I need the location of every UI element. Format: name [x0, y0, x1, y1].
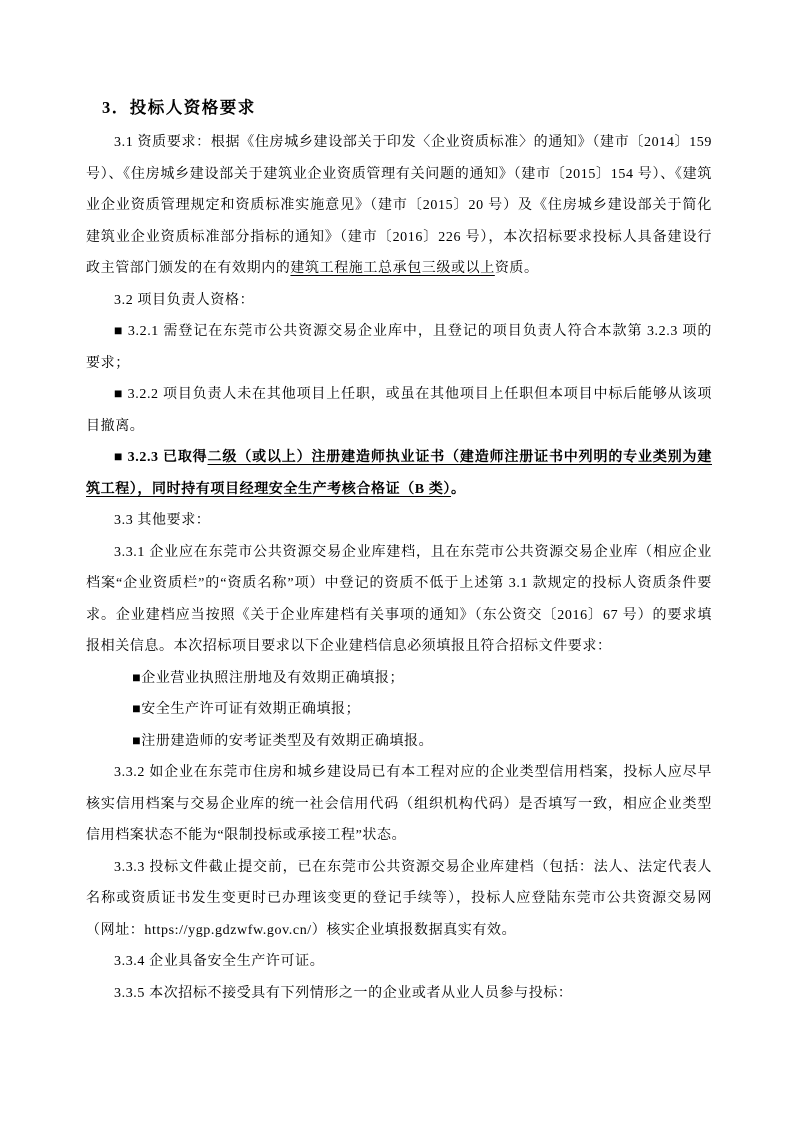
clause-3-3-3: 3.3.3 投标文件截止提交前，已在东莞市公共资源交易企业库建档（包括：法人、法… — [86, 852, 712, 947]
item-3-2-3: ■ 3.2.3 已取得二级（或以上）注册建造师执业证书（建造师注册证书中列明的专… — [86, 442, 712, 505]
clause-3-3-5-text: 3.3.5 本次招标不接受具有下列情形之一的企业或者从业人员参与投标： — [114, 986, 573, 1001]
clause-3-1-text: 3.1 资质要求：根据《住房城乡建设部关于印发〈企业资质标准〉的通知》（建市〔2… — [86, 135, 712, 276]
clause-3-3-text: 3.3 其他要求： — [114, 513, 210, 528]
clause-3-3-4-text: 3.3.4 企业具备安全生产许可证。 — [114, 954, 324, 969]
clause-3-3-4: 3.3.4 企业具备安全生产许可证。 — [86, 946, 712, 978]
clause-3-1-tail: 资质。 — [495, 261, 539, 276]
portal-url: https://ygp.gdzwfw.gov.cn/ — [144, 923, 311, 938]
item-3-2-2: ■ 3.2.2 项目负责人未在其他项目上任职，或虽在其他项目上任职但本项目中标后… — [86, 379, 712, 442]
clause-3-3-5: 3.3.5 本次招标不接受具有下列情形之一的企业或者从业人员参与投标： — [86, 978, 712, 1010]
item-3-2-1: ■ 3.2.1 需登记在东莞市公共资源交易企业库中，且登记的项目负责人符合本款第… — [86, 316, 712, 379]
checklist-item-business-license: ■企业营业执照注册地及有效期正确填报； — [86, 663, 712, 695]
item-3-2-2-text: ■ 3.2.2 项目负责人未在其他项目上任职，或虽在其他项目上任职但本项目中标后… — [86, 387, 712, 434]
clause-3-3-3-tail: ）核实企业填报数据真实有效。 — [312, 923, 516, 938]
item-3-2-1-text: ■ 3.2.1 需登记在东莞市公共资源交易企业库中，且登记的项目负责人符合本款第… — [86, 324, 712, 371]
checklist-item-builder-cert-text: ■注册建造师的安考证类型及有效期正确填报。 — [132, 734, 433, 749]
clause-3-3-2: 3.3.2 如企业在东莞市住房和城乡建设局已有本工程对应的企业类型信用档案，投标… — [86, 757, 712, 852]
checklist-item-safety-permit: ■安全生产许可证有效期正确填报； — [86, 694, 712, 726]
clause-3-3: 3.3 其他要求： — [86, 505, 712, 537]
clause-3-2: 3.2 项目负责人资格： — [86, 285, 712, 317]
document-page: 3．投标人资格要求 3.1 资质要求：根据《住房城乡建设部关于印发〈企业资质标准… — [0, 0, 794, 1123]
checklist-item-builder-cert: ■注册建造师的安考证类型及有效期正确填报。 — [86, 726, 712, 758]
clause-3-3-2-text: 3.3.2 如企业在东莞市住房和城乡建设局已有本工程对应的企业类型信用档案，投标… — [86, 765, 712, 843]
clause-3-1: 3.1 资质要求：根据《住房城乡建设部关于印发〈企业资质标准〉的通知》（建市〔2… — [86, 127, 712, 285]
section-heading: 3．投标人资格要求 — [102, 94, 712, 118]
item-3-2-3-lead: ■ 3.2.3 已取得 — [114, 450, 208, 465]
clause-3-3-1: 3.3.1 企业应在东莞市公共资源交易企业库建档，且在东莞市公共资源交易企业库（… — [86, 537, 712, 663]
required-qualification-underlined: 建筑工程施工总承包三级或以上 — [290, 261, 494, 276]
checklist-item-business-license-text: ■企业营业执照注册地及有效期正确填报； — [132, 671, 404, 686]
checklist-item-safety-permit-text: ■安全生产许可证有效期正确填报； — [132, 702, 360, 717]
item-3-2-3-tail: 。 — [451, 482, 466, 497]
clause-3-3-1-text: 3.3.1 企业应在东莞市公共资源交易企业库建档，且在东莞市公共资源交易企业库（… — [86, 545, 712, 655]
clause-3-2-text: 3.2 项目负责人资格： — [114, 293, 254, 308]
